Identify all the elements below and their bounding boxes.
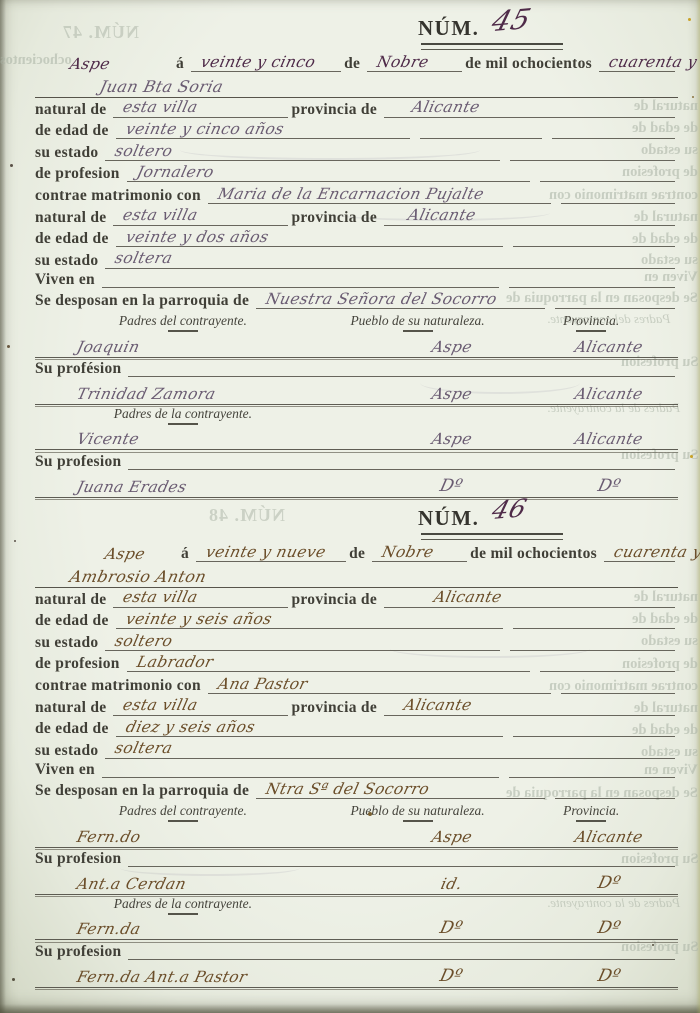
scanned-register-page: NÚM. 47 ochocientos natural de de edad d…: [0, 0, 700, 1013]
month-value: Nobre: [365, 54, 436, 71]
year-rule: cuarenta y dos: [604, 544, 675, 562]
de-label: de: [344, 55, 360, 74]
de-mil-label: de mil ochocientos: [470, 545, 597, 564]
blank-rule: [555, 798, 675, 799]
blank-rule: [555, 308, 675, 309]
blank-rule: [513, 736, 675, 737]
bride-father-profesion: [128, 954, 144, 955]
provincia-de-label: provincia de: [291, 591, 377, 610]
groom-name-row: Juan Bta Soria: [35, 74, 678, 98]
pueblo-header: Pueblo de su naturaleza.: [331, 803, 505, 822]
groom-profesion-row: de profesion Jornalero: [35, 163, 678, 185]
groom-father-provincia: Alicante: [563, 828, 651, 847]
bride-father-profesion: [128, 464, 144, 465]
desposan-row: Se desposan en la parroquia de Ntra Sª d…: [35, 780, 678, 802]
padres-contrayente-header: Padres del contrayente.: [35, 803, 331, 822]
page-edge-shadow-right: [696, 0, 700, 1013]
de-edad-label: de edad de: [35, 122, 109, 141]
bride-natural-value: esta villa: [111, 207, 205, 224]
groom-estado-row: su estado soltero: [35, 141, 678, 163]
profesion-rule: [128, 453, 675, 470]
viven-row: Viven en: [35, 761, 678, 780]
viven-rule: [102, 270, 499, 287]
groom-provincia-value: Alicante: [422, 589, 510, 606]
bride-mother-provincia: Dº: [586, 966, 629, 987]
groom-mother-row: Ant.a Cerdan id. Dº: [35, 869, 678, 895]
groom-natural-value: esta villa: [111, 589, 205, 606]
contrae-row: contrae matrimonio con Ana Pastor: [35, 674, 678, 696]
groom-father-row: Joaquin Aspe Alicante: [35, 332, 678, 358]
bride-estado-row: su estado soltera: [35, 739, 678, 761]
groom-edad-value: veinte y cinco años: [114, 121, 292, 138]
edad-rule: veinte y dos años: [116, 229, 504, 247]
parents-header-row: Padres del contrayente. Pueblo de su nat…: [35, 801, 678, 822]
num-label: NÚM.: [418, 16, 479, 41]
parroquia-value: Nuestra Señora del Socorro: [254, 291, 505, 308]
groom-mother-pueblo: Aspe: [419, 385, 479, 404]
bride-mother-name: Juana Erades: [65, 478, 195, 497]
edad-rule: diez y seis años: [116, 719, 504, 737]
padres-contrayente2-row: Padres de la contrayente.: [35, 405, 678, 425]
su-profesion-label: Su profesion: [35, 850, 121, 869]
viven-row: Viven en: [35, 271, 678, 290]
bride-estado-row: su estado soltera: [35, 249, 678, 271]
desposan-row: Se desposan en la parroquia de Nuestra S…: [35, 290, 678, 312]
bride-provincia-value: Alicante: [396, 207, 484, 224]
record-1: NÚM. 45 Aspe á veinte y cinco de Nobre d…: [35, 12, 678, 498]
date-line: Aspe á veinte y cinco de Nobre de mil oc…: [35, 48, 678, 74]
contrae-label: contrae matrimonio con: [35, 677, 201, 696]
groom-father-name: Joaquin: [65, 338, 148, 357]
paper-speck: [692, 96, 694, 98]
bride-natural-row: natural de esta villa provincia de Alica…: [35, 206, 678, 228]
provincia-header: Provincia.: [504, 803, 678, 822]
blank-rule: [513, 246, 675, 247]
parroquia-value: Ntra Sª del Socorro: [254, 781, 437, 798]
record-2: NÚM. 46 Aspe á veinte y nueve de Nobre d…: [35, 502, 678, 988]
groom-mother-pueblo: id.: [429, 875, 470, 894]
bride-father-pueblo: Aspe: [419, 430, 479, 449]
blank-rule: [420, 138, 543, 139]
blank-rule: [561, 203, 675, 204]
blank-rule: [540, 671, 675, 672]
contrae-row: contrae matrimonio con Maria de la Encar…: [35, 184, 678, 206]
viven-rule: [102, 760, 499, 777]
padres-contrayente2-row: Padres de la contrayente.: [35, 895, 678, 915]
bride-father-row: Fern.da Dº Dº: [35, 915, 678, 941]
paper-speck: [14, 540, 16, 542]
profesion-rule: Labrador: [127, 654, 531, 672]
natural-rule: esta villa: [113, 99, 288, 117]
groom-estado-row: su estado soltero: [35, 631, 678, 653]
contrae-label: contrae matrimonio con: [35, 187, 201, 206]
blank-rule: [510, 650, 675, 651]
paper-speck: [10, 164, 13, 167]
groom-father-name: Fern.do: [65, 828, 149, 847]
record-number-row: NÚM. 45: [35, 12, 678, 48]
record-number-row: NÚM. 46: [35, 502, 678, 538]
num-value: 45: [483, 8, 533, 34]
bride-father-provincia: Alicante: [563, 430, 651, 449]
su-estado-label: su estado: [35, 144, 98, 163]
month-rule: Nobre: [372, 544, 467, 562]
bride-mother-name: Fern.da Ant.a Pastor: [65, 968, 255, 987]
provincia-de-label: provincia de: [291, 699, 377, 718]
bride-provincia-value: Alicante: [392, 697, 480, 714]
groom-profesion-value: Labrador: [125, 654, 221, 671]
groom-name-row: Ambrosio Anton: [35, 564, 678, 588]
groom-mother-provincia: Alicante: [563, 385, 651, 404]
groom-profesion-value: Jornalero: [125, 164, 222, 181]
parroquia-rule: Ntra Sª del Socorro: [256, 781, 545, 799]
paper-speck: [690, 455, 693, 458]
padres-contrayenta-header: Padres de la contrayente.: [35, 896, 331, 915]
groom-natural-row: natural de esta villa provincia de Alica…: [35, 588, 678, 610]
groom-father-pueblo: Aspe: [419, 828, 479, 847]
profesion-rule: [128, 360, 675, 377]
desposan-label: Se desposan en la parroquia de: [35, 292, 249, 311]
parroquia-rule: Nuestra Señora del Socorro: [256, 291, 545, 309]
groom-father-profesion: [128, 371, 144, 372]
town-value: Aspe: [93, 545, 183, 564]
natural-de-label: natural de: [35, 699, 106, 718]
bride-father-name: Vicente: [65, 430, 147, 449]
su-profesion-label: Su profésion: [35, 360, 121, 379]
blank-rule: [561, 693, 675, 694]
bride-mother-row: Fern.da Ant.a Pastor Dº Dº: [35, 962, 678, 988]
provincia-rule: Alicante: [384, 99, 675, 117]
blank-rule: [509, 777, 675, 778]
bride-father-row: Vicente Aspe Alicante: [35, 425, 678, 451]
profesion-rule: [128, 943, 675, 960]
su-profesion-row: Su profésion: [35, 358, 678, 380]
de-profesion-label: de profesion: [35, 165, 120, 184]
blank-rule: [510, 160, 675, 161]
year-value: cuarenta y dos: [602, 544, 700, 561]
su-profesion-label: Su profesion: [35, 453, 121, 472]
bride-rule: Maria de la Encarnacion Pujalte: [208, 186, 551, 204]
page-edge-shadow-bottom: [0, 1004, 700, 1013]
desposan-label: Se desposan en la parroquia de: [35, 782, 249, 801]
edad-rule: veinte y seis años: [116, 611, 504, 629]
su-estado-label: su estado: [35, 634, 98, 653]
bride-mother-row: Juana Erades Dº Dº: [35, 472, 678, 498]
paper-speck: [688, 18, 691, 21]
bride-edad-row: de edad de diez y seis años: [35, 718, 678, 740]
bride-edad-value: veinte y dos años: [114, 229, 276, 246]
date-line: Aspe á veinte y nueve de Nobre de mil oc…: [35, 538, 678, 564]
blank-rule: [540, 181, 675, 182]
padres-contrayente-header: Padres del contrayente.: [35, 313, 331, 332]
de-label: de: [349, 545, 365, 564]
day-rule: veinte y cinco: [191, 54, 341, 72]
groom-edad-row: de edad de veinte y cinco años: [35, 120, 678, 142]
groom-father-profesion: [128, 861, 144, 862]
groom-provincia-value: Alicante: [400, 99, 488, 116]
groom-edad-row: de edad de veinte y seis años: [35, 610, 678, 632]
de-mil-label: de mil ochocientos: [465, 55, 592, 74]
groom-edad-value: veinte y seis años: [114, 611, 280, 628]
page-edge-shadow-left: [0, 0, 6, 1013]
year-rule: cuarenta y dos: [599, 54, 675, 72]
groom-mother-provincia: Dº: [586, 873, 629, 894]
su-profesion-row: Su profesion: [35, 848, 678, 870]
paper-speck: [652, 944, 654, 946]
month-rule: Nobre: [367, 54, 462, 72]
de-profesion-label: de profesion: [35, 655, 120, 674]
groom-name: Juan Bta Soria: [88, 77, 232, 97]
bride-rule: Ana Pastor: [208, 676, 551, 694]
natural-rule: esta villa: [113, 207, 288, 225]
profesion-rule: [128, 850, 675, 867]
provincia-rule: Alicante: [384, 589, 675, 607]
groom-estado-value: soltero: [103, 633, 180, 650]
parents-header-row: Padres del contrayente. Pueblo de su nat…: [35, 311, 678, 332]
groom-father-pueblo: Aspe: [419, 338, 479, 357]
bride-name: Maria de la Encarnacion Pujalte: [206, 186, 492, 203]
natural-de-label: natural de: [35, 591, 106, 610]
su-estado-label: su estado: [35, 252, 98, 271]
provincia-de-label: provincia de: [291, 101, 377, 120]
natural-de-label: natural de: [35, 209, 106, 228]
groom-estado-value: soltero: [103, 143, 180, 160]
de-edad-label: de edad de: [35, 230, 109, 249]
natural-de-label: natural de: [35, 101, 106, 120]
groom-father-row: Fern.do Aspe Alicante: [35, 822, 678, 848]
blank-rule: [509, 287, 675, 288]
provincia-de-label: provincia de: [291, 209, 377, 228]
profesion-rule: Jornalero: [127, 164, 531, 182]
viven-label: Viven en: [35, 761, 95, 780]
bride-father-provincia: Dº: [586, 918, 629, 939]
bride-estado-value: soltera: [103, 250, 180, 267]
provincia-rule: Alicante: [384, 697, 675, 715]
num-label: NÚM.: [418, 506, 479, 531]
natural-rule: esta villa: [113, 589, 288, 607]
provincia-rule: Alicante: [384, 207, 675, 225]
day-rule: veinte y nueve: [196, 544, 346, 562]
day-value: veinte y cinco: [189, 54, 323, 71]
bride-name: Ana Pastor: [206, 676, 315, 693]
bride-mother-pueblo: Dº: [428, 966, 471, 987]
padres-contrayenta-header: Padres de la contrayente.: [35, 406, 331, 425]
paper-speck: [12, 978, 15, 981]
bride-natural-value: esta villa: [111, 697, 205, 714]
bride-mother-provincia: Dº: [586, 476, 629, 497]
estado-rule: soltero: [105, 143, 500, 161]
edad-rule: veinte y cinco años: [116, 121, 410, 139]
bride-natural-row: natural de esta villa provincia de Alica…: [35, 696, 678, 718]
groom-profesion-row: de profesion Labrador: [35, 653, 678, 675]
year-value: cuarenta y dos: [597, 54, 700, 71]
town-value: Aspe: [58, 55, 178, 74]
paper-speck: [7, 345, 10, 348]
su-estado-label: su estado: [35, 742, 98, 761]
viven-label: Viven en: [35, 271, 95, 290]
bride-edad-value: diez y seis años: [114, 719, 263, 736]
groom-natural-row: natural de esta villa provincia de Alica…: [35, 98, 678, 120]
estado-rule: soltera: [105, 740, 675, 758]
groom-mother-row: Trinidad Zamora Aspe Alicante: [35, 379, 678, 405]
month-value: Nobre: [370, 544, 441, 561]
viven-value: [102, 281, 118, 282]
blank-rule: [513, 628, 675, 629]
su-profesion-row: Su profesion: [35, 940, 678, 962]
viven-value: [102, 771, 118, 772]
groom-natural-value: esta villa: [111, 99, 205, 116]
estado-rule: soltero: [105, 633, 500, 651]
pueblo-header: Pueblo de su naturaleza.: [331, 313, 505, 332]
groom-mother-name: Trinidad Zamora: [65, 385, 224, 404]
paper-speck: [368, 812, 372, 816]
su-profesion-row: Su profesion: [35, 450, 678, 472]
day-value: veinte y nueve: [194, 544, 334, 561]
de-edad-label: de edad de: [35, 720, 109, 739]
bride-edad-row: de edad de veinte y dos años: [35, 228, 678, 250]
bride-mother-pueblo: Dº: [428, 476, 471, 497]
su-profesion-label: Su profesion: [35, 943, 121, 962]
de-edad-label: de edad de: [35, 612, 109, 631]
groom-father-provincia: Alicante: [563, 338, 651, 357]
num-value: 46: [484, 498, 529, 521]
bride-father-name: Fern.da: [65, 920, 149, 939]
natural-rule: esta villa: [113, 697, 288, 715]
bride-father-pueblo: Dº: [428, 918, 471, 939]
blank-rule: [552, 138, 675, 139]
bride-estado-value: soltera: [103, 740, 180, 757]
estado-rule: soltera: [105, 250, 675, 268]
provincia-header: Provincia.: [504, 313, 678, 332]
groom-name: Ambrosio Anton: [58, 567, 215, 587]
groom-mother-name: Ant.a Cerdan: [65, 875, 194, 894]
